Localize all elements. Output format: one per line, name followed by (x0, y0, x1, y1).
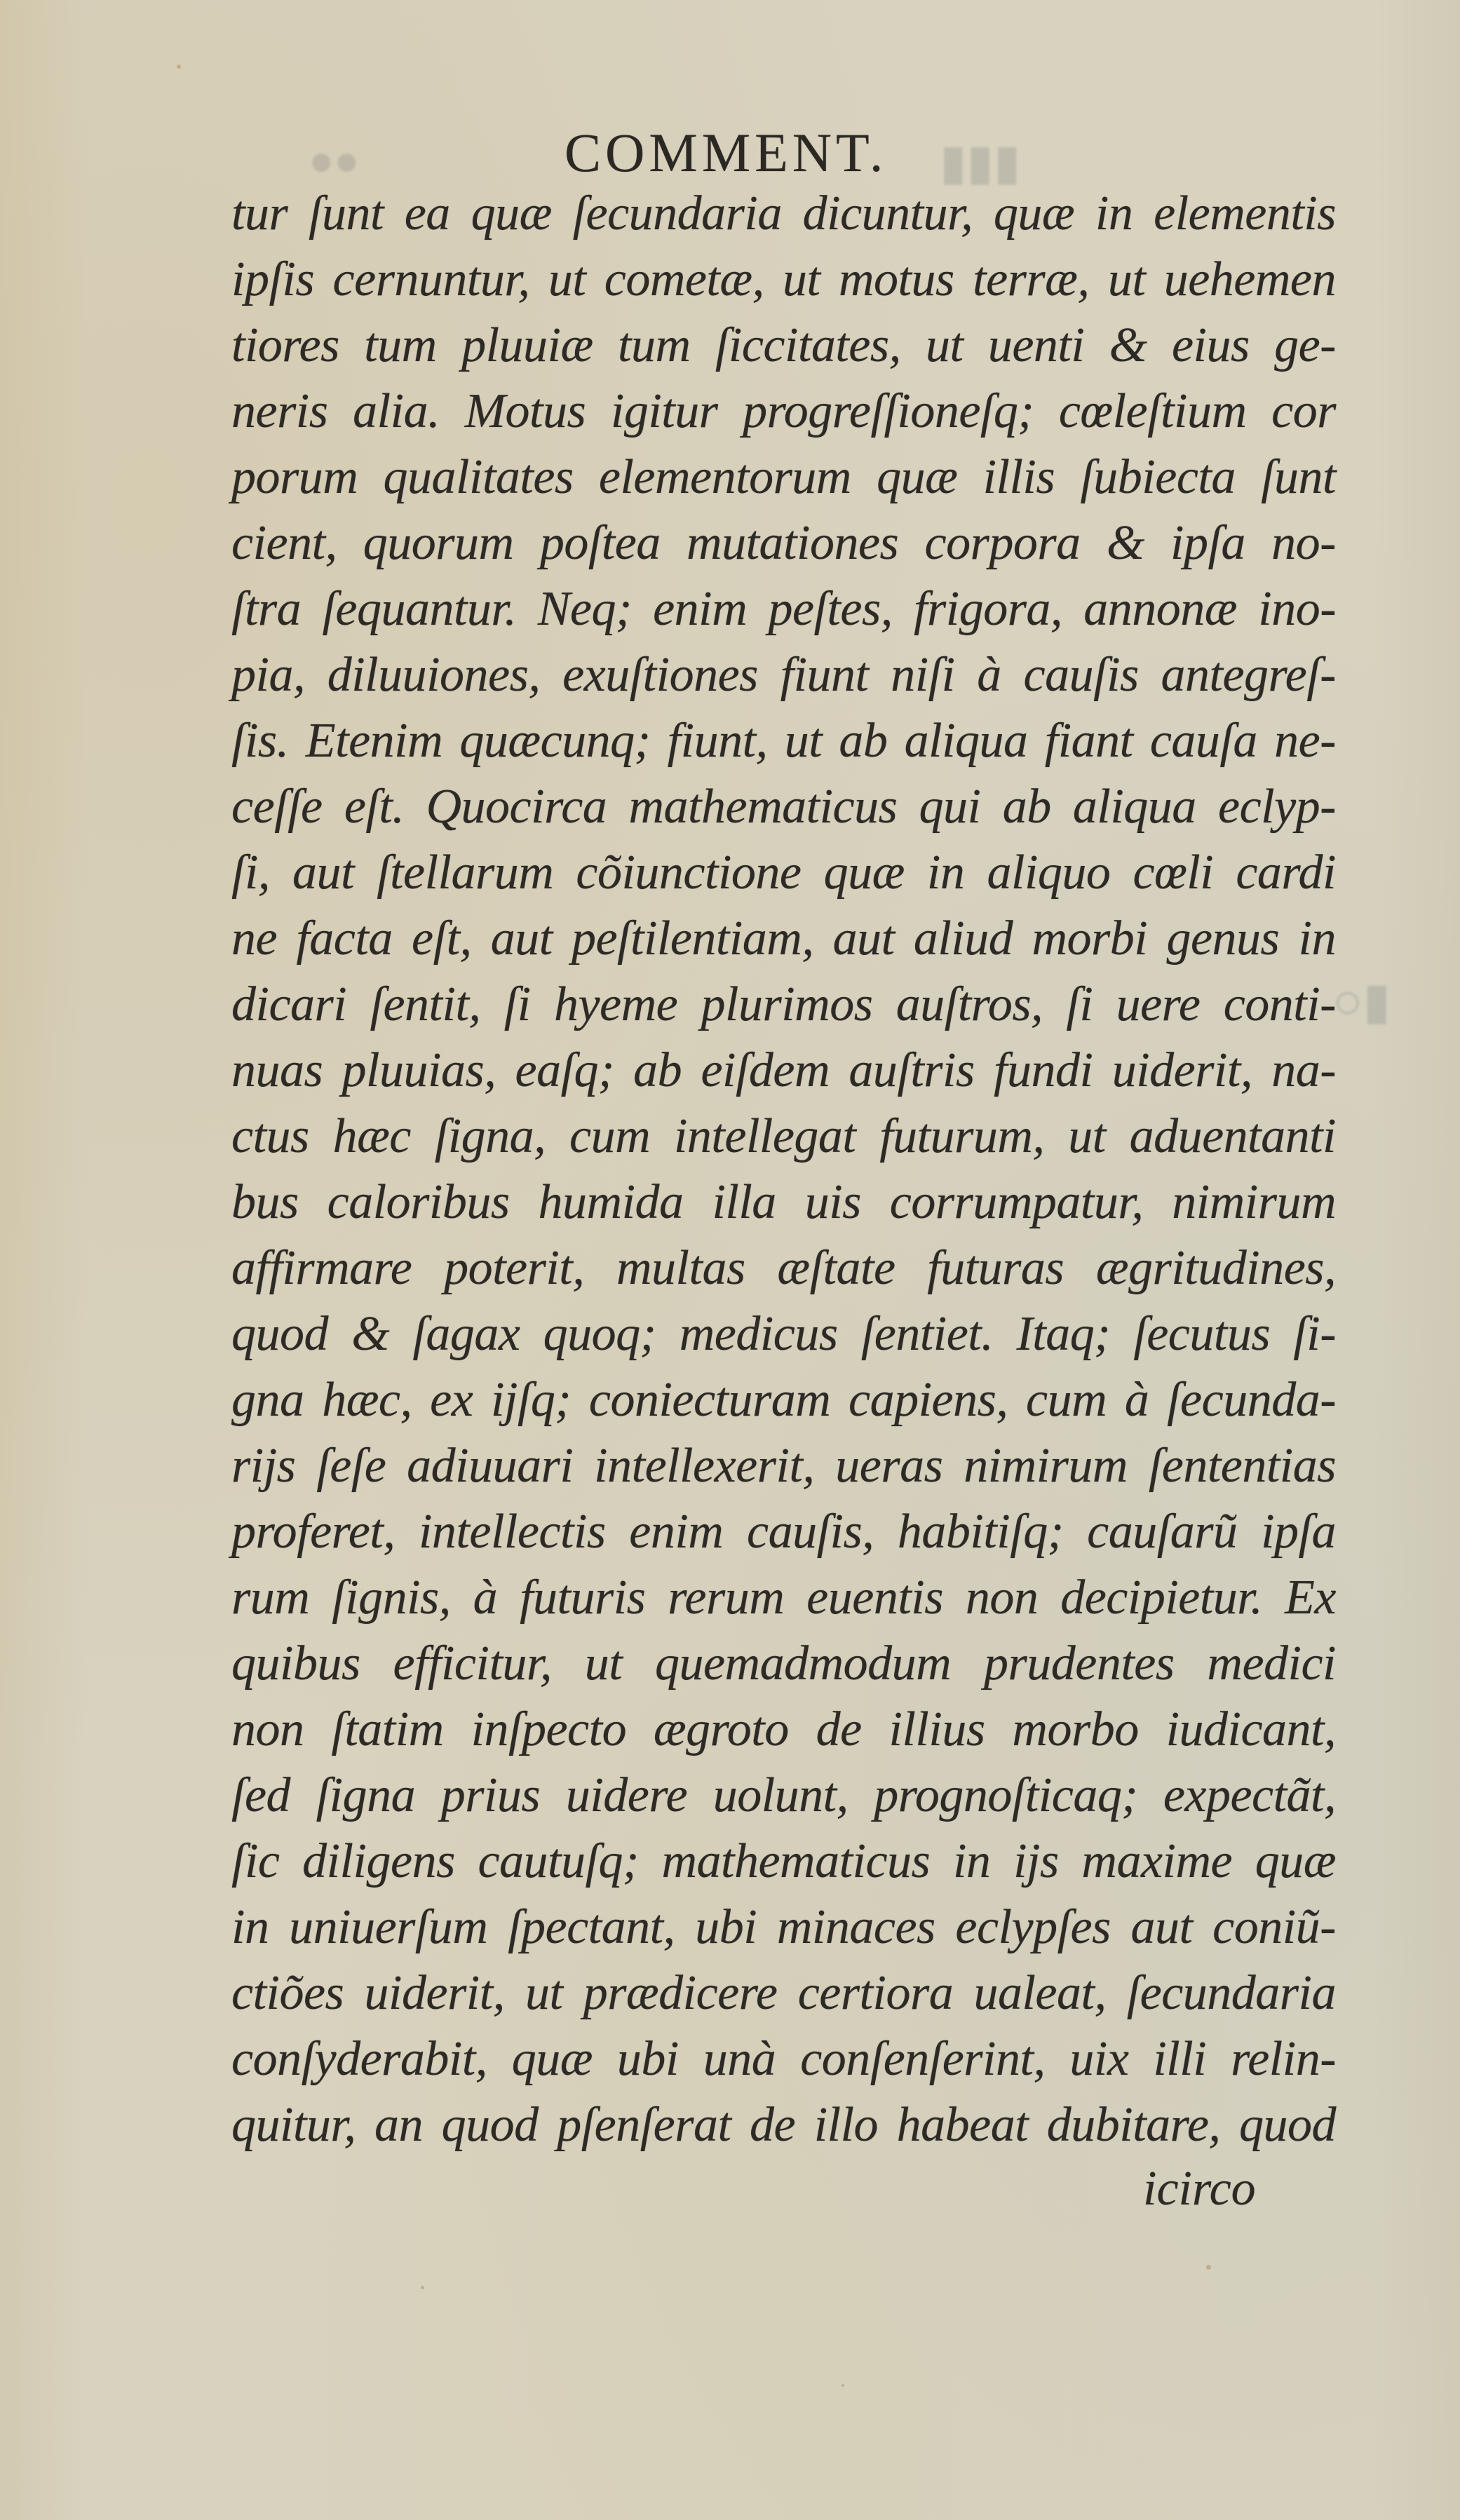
text-line: ſed ſigna prius uidere uolunt, prognoſti… (231, 1763, 1336, 1829)
text-line: nuas pluuias, eaſq; ab eiſdem auſtris fu… (231, 1038, 1336, 1104)
text-line: bus caloribus humida illa uis corrumpatu… (231, 1170, 1336, 1235)
text-line: ſi, aut ſtellarum cõiunctione quæ in ali… (231, 840, 1336, 906)
text-line: ceſſe eſt. Quocirca mathematicus qui ab … (231, 774, 1336, 840)
book-page-scan: ●● ▮▮▮ ▮○ COMMENT. tur ſunt ea quæ ſecun… (0, 0, 1460, 2520)
paper-speck (421, 2286, 424, 2289)
text-line: ipſis cernuntur, ut cometæ, ut motus ter… (231, 247, 1336, 313)
text-line: dicari ſentit, ſi hyeme plurimos auſtros… (231, 972, 1336, 1038)
text-line: quod & ſagax quoq; medicus ſentiet. Itaq… (231, 1301, 1336, 1367)
text-line: quitur, an quod pſenſerat de illo habeat… (231, 2092, 1336, 2158)
text-line: gna hæc, ex ijſq; coniecturam capiens, c… (231, 1367, 1336, 1433)
text-line: non ſtatim inſpecto ægroto de illius mor… (231, 1697, 1336, 1763)
body-text: tur ſunt ea quæ ſecundaria dicuntur, quæ… (231, 181, 1336, 2158)
running-head: COMMENT. (565, 125, 929, 181)
text-line: quibus efficitur, ut quemadmodum prudent… (231, 1631, 1336, 1697)
text-line: ſic diligens cautuſq; mathematicus in ij… (231, 1829, 1336, 1895)
text-line: rijs ſeſe adiuuari intellexerit, ueras n… (231, 1433, 1336, 1499)
text-line: tur ſunt ea quæ ſecundaria dicuntur, quæ… (231, 181, 1336, 247)
text-line: rum ſignis, à futuris rerum euentis non … (231, 1565, 1336, 1631)
text-line: ſis. Etenim quæcunq; fiunt, ut ab aliqua… (231, 708, 1336, 774)
paper-speck (177, 65, 181, 69)
text-line: proferet, intellectis enim cauſis, habit… (231, 1499, 1336, 1565)
text-line: ctus hæc ſigna, cum intellegat futurum, … (231, 1104, 1336, 1170)
catchword: icirco (1143, 2156, 1256, 2222)
text-line: pia, diluuiones, exuſtiones fiunt niſi à… (231, 642, 1336, 708)
text-line: conſyderabit, quæ ubi unà conſenſerint, … (231, 2026, 1336, 2092)
text-line: in uniuerſum ſpectant, ubi minaces eclyp… (231, 1895, 1336, 1960)
text-line: ctiões uiderit, ut prædicere certiora ua… (231, 1960, 1336, 2026)
text-line: neris alia. Motus igitur progreſſioneſq;… (231, 379, 1336, 445)
show-through-margin-mark: ▮○ (1332, 971, 1391, 1031)
text-line: tiores tum pluuiæ tum ſiccitates, ut uen… (231, 313, 1336, 379)
text-line: ne facta eſt, aut peſtilentiam, aut aliu… (231, 906, 1336, 972)
paper-speck (841, 2384, 844, 2387)
text-line: porum qualitates elementorum quæ illis ſ… (231, 445, 1336, 510)
paper-speck (1206, 2265, 1211, 2270)
text-line: affirmare poterit, multas æſtate futuras… (231, 1235, 1336, 1301)
show-through-folio-mark: ●● (309, 137, 359, 185)
text-line: ſtra ſequantur. Neq; enim peſtes, frigor… (231, 576, 1336, 642)
text-line: cient, quorum poſtea mutationes corpora … (231, 510, 1336, 576)
